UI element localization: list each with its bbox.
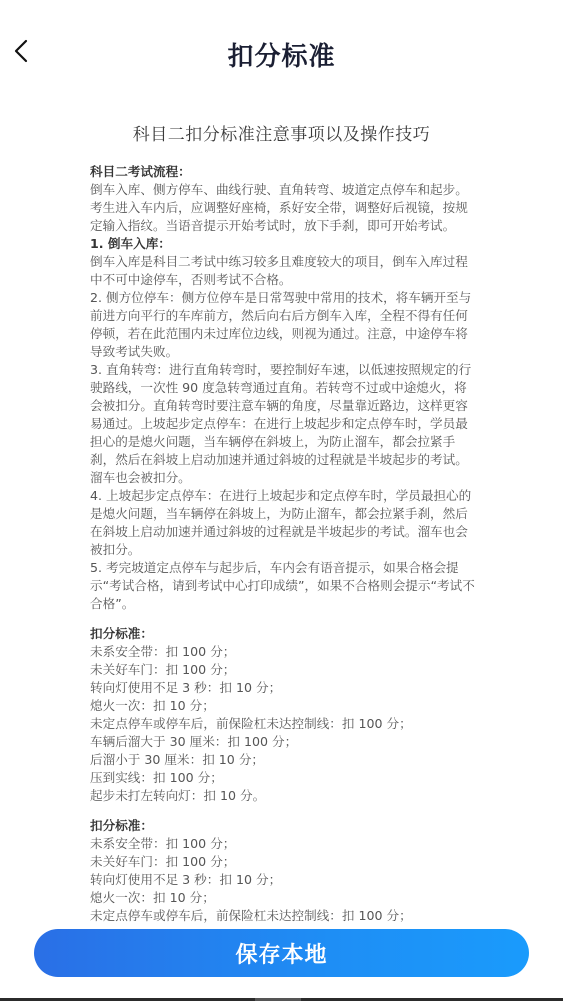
flow-text: 倒车入库、侧方停车、曲线行驶、直角转弯、坡道定点停车和起步。考生进入车内后，应调… (90, 181, 476, 235)
item2-text: 2. 侧方位停车：侧方位停车是日常驾驶中常用的技术，将车辆开至与前进方向平行的车… (90, 289, 476, 361)
standard-item: 车辆后溜大于 30 厘米：扣 100 分； (90, 733, 476, 751)
standard-item: 未定点停车或停车后，前保险杠未达控制线：扣 100 分； (90, 715, 476, 733)
standard-item: 起步未打左转向灯：扣 10 分。 (90, 787, 476, 805)
item1-heading: 1. 倒车入库： (90, 235, 476, 253)
item4-text: 4. 上坡起步定点停车：在进行上坡起步和定点停车时，学员最担心的是熄火问题，当车… (90, 487, 476, 559)
screen: 扣分标准 科目二扣分标准注意事项以及操作技巧 科目二考试流程： 倒车入库、侧方停… (0, 0, 563, 1001)
standard-item: 转向灯使用不足 3 秒：扣 10 分； (90, 679, 476, 697)
standard-item: 后溜小于 30 厘米：扣 10 分； (90, 751, 476, 769)
standards-section-1: 扣分标准： 未系安全带：扣 100 分； 未关好车门：扣 100 分； 转向灯使… (90, 625, 476, 805)
standard-item: 未关好车门：扣 100 分； (90, 661, 476, 679)
standard-item: 未关好车门：扣 100 分； (90, 853, 476, 871)
document-content[interactable]: 科目二考试流程： 倒车入库、侧方停车、曲线行驶、直角转弯、坡道定点停车和起步。考… (90, 163, 476, 923)
standard-item: 熄火一次：扣 10 分； (90, 889, 476, 907)
standard-item: 未定点停车或停车后，前保险杠未达控制线：扣 100 分； (90, 907, 476, 923)
standards-heading: 扣分标准： (90, 625, 476, 643)
flow-heading: 科目二考试流程： (90, 163, 476, 181)
item1-text: 倒车入库是科目二考试中练习较多且难度较大的项目，倒车入库过程中不可中途停车，否则… (90, 253, 476, 289)
standard-item: 转向灯使用不足 3 秒：扣 10 分； (90, 871, 476, 889)
standard-item: 未系安全带：扣 100 分； (90, 835, 476, 853)
header: 扣分标准 (0, 28, 563, 78)
standards-section-2: 扣分标准： 未系安全带：扣 100 分； 未关好车门：扣 100 分； 转向灯使… (90, 817, 476, 923)
save-local-button[interactable]: 保存本地 (34, 929, 529, 977)
standards-heading: 扣分标准： (90, 817, 476, 835)
standard-item: 未系安全带：扣 100 分； (90, 643, 476, 661)
document-title: 科目二扣分标准注意事项以及操作技巧 (0, 120, 563, 145)
standard-item: 熄火一次：扣 10 分； (90, 697, 476, 715)
page-title: 扣分标准 (0, 36, 563, 73)
item3-text: 3. 直角转弯：进行直角转弯时，要控制好车速，以低速按照规定的行驶路线，一次性 … (90, 361, 476, 487)
divider-space (90, 613, 476, 625)
standard-item: 压到实线：扣 100 分； (90, 769, 476, 787)
item5-text: 5. 考完坡道定点停车与起步后，车内会有语音提示，如果合格会提示“考试合格，请到… (90, 559, 476, 613)
divider-space (90, 805, 476, 817)
